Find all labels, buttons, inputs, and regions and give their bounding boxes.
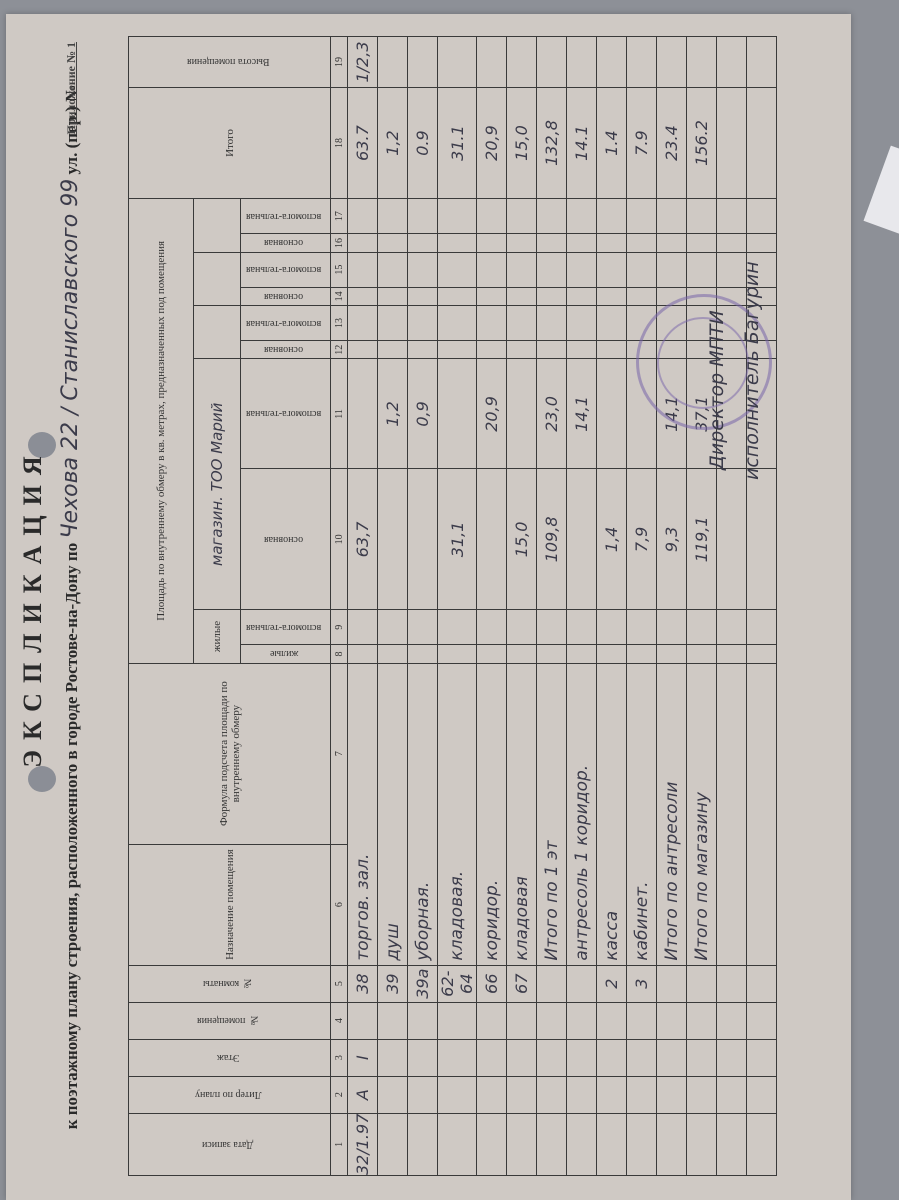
cell-empty (687, 199, 717, 234)
cell-empty (408, 287, 438, 305)
cell-date (717, 1113, 747, 1175)
cell-floor (597, 1039, 627, 1076)
cell-empty (378, 252, 408, 287)
cell-empty (537, 234, 567, 252)
cell-empty (378, 234, 408, 252)
cell-empty (567, 1002, 597, 1039)
cell-floor: I (348, 1039, 378, 1076)
header-aux: вспомога-тельная (241, 359, 331, 469)
cell-room: 2 (597, 965, 627, 1002)
table-row (747, 37, 777, 1176)
cell-height (657, 37, 687, 88)
cell-empty (477, 610, 507, 645)
cell-purpose: Итого по магазину (687, 663, 717, 965)
cell-height (567, 37, 597, 88)
cell-empty (567, 341, 597, 359)
table-row: 39ауборная.0,90.9 (408, 37, 438, 1176)
cell-main (717, 469, 747, 610)
cell-empty (438, 287, 477, 305)
signature-line-1: Директор МПТИ (706, 310, 728, 470)
cell-main: 7,9 (627, 469, 657, 610)
cell-empty (477, 1002, 507, 1039)
cell-empty (348, 305, 378, 340)
table-row: антресоль 1 коридор.14,114.1 (567, 37, 597, 1176)
cell-empty (537, 645, 567, 663)
cell-empty (408, 234, 438, 252)
cell-empty (477, 645, 507, 663)
cell-empty (627, 645, 657, 663)
cell-date: 32/1.97 (348, 1113, 378, 1175)
cell-height (627, 37, 657, 88)
cell-letter (507, 1076, 537, 1113)
cell-room: 38 (348, 965, 378, 1002)
cell-empty (408, 305, 438, 340)
cell-empty (597, 234, 627, 252)
cell-empty (438, 341, 477, 359)
cell-letter (438, 1076, 477, 1113)
cell-empty (717, 645, 747, 663)
cell-empty (597, 252, 627, 287)
cell-empty (597, 1002, 627, 1039)
cell-empty (408, 341, 438, 359)
cell-letter (378, 1076, 408, 1113)
cell-aux (348, 359, 378, 469)
cell-letter (597, 1076, 627, 1113)
subtitle-prefix: к поэтажному плану строения, расположенн… (62, 543, 81, 1130)
cell-empty (717, 1002, 747, 1039)
cell-purpose: антресоль 1 коридор. (567, 663, 597, 965)
cell-empty (507, 1002, 537, 1039)
signature-line-2: исполнитель Багурин (741, 261, 763, 480)
table-row: 62-64кладовая.31,131.1 (438, 37, 477, 1176)
cell-empty (537, 252, 567, 287)
cell-date (438, 1113, 477, 1175)
cell-empty (348, 252, 378, 287)
cell-empty (348, 287, 378, 305)
cell-empty (687, 252, 717, 287)
cell-floor (438, 1039, 477, 1076)
cell-height (438, 37, 477, 88)
cell-total: 132,8 (537, 88, 567, 199)
cell-empty (747, 1002, 777, 1039)
cell-date (657, 1113, 687, 1175)
cell-empty (507, 341, 537, 359)
cell-date (597, 1113, 627, 1175)
cell-aux (597, 359, 627, 469)
cell-empty (747, 234, 777, 252)
cell-letter (567, 1076, 597, 1113)
cell-main (408, 469, 438, 610)
cell-empty (408, 645, 438, 663)
cell-room: 39 (378, 965, 408, 1002)
cell-letter (408, 1076, 438, 1113)
cell-empty (717, 234, 747, 252)
cell-letter (477, 1076, 507, 1113)
cell-room: 67 (507, 965, 537, 1002)
header-premise-no: № помещения (129, 1002, 331, 1039)
cell-total: 1,2 (378, 88, 408, 199)
cell-empty (537, 1002, 567, 1039)
cell-empty (477, 252, 507, 287)
cell-room (567, 965, 597, 1002)
header-floor: Этаж (129, 1039, 331, 1076)
column-numbers-row: 12345678910111213141516171819 (331, 37, 348, 1176)
cell-empty (657, 199, 687, 234)
cell-empty (507, 305, 537, 340)
cell-floor (717, 1039, 747, 1076)
cell-total: 14.1 (567, 88, 597, 199)
cell-empty (567, 234, 597, 252)
cell-empty (378, 287, 408, 305)
cell-purpose: душ (378, 663, 408, 965)
cell-empty (747, 610, 777, 645)
cell-empty (747, 199, 777, 234)
cell-main (567, 469, 597, 610)
cell-room: 62-64 (438, 965, 477, 1002)
header-letter: Литер по плану (129, 1076, 331, 1113)
cell-date (747, 1113, 777, 1175)
cell-height (477, 37, 507, 88)
cell-letter (747, 1076, 777, 1113)
cell-empty (597, 287, 627, 305)
cell-empty (507, 252, 537, 287)
cell-empty (567, 252, 597, 287)
cell-empty (627, 234, 657, 252)
street-handwritten: Чехова 22 / Станиславского 99 (58, 179, 83, 539)
cell-empty (567, 610, 597, 645)
cell-room: 39а (408, 965, 438, 1002)
cell-letter (657, 1076, 687, 1113)
cell-empty (477, 305, 507, 340)
cell-empty (408, 610, 438, 645)
cell-height (408, 37, 438, 88)
cell-date (378, 1113, 408, 1175)
cell-empty (378, 1002, 408, 1039)
header-total: Итого (129, 88, 331, 199)
cell-empty (507, 234, 537, 252)
cell-date (627, 1113, 657, 1175)
cell-purpose: касса (597, 663, 627, 965)
cell-height: 1/2,3 (348, 37, 378, 88)
document-title: ЭКСПЛИКАЦИЯ (18, 14, 48, 1200)
cell-empty (408, 199, 438, 234)
cell-letter: А (348, 1076, 378, 1113)
cell-letter (627, 1076, 657, 1113)
header-date: Дата записи (129, 1113, 331, 1175)
cell-height (597, 37, 627, 88)
cell-purpose (747, 663, 777, 965)
document-subtitle: к поэтажному плану строения, расположенн… (58, 14, 83, 1200)
cell-purpose: Итого по антресоли (657, 663, 687, 965)
cell-purpose: коридор. (477, 663, 507, 965)
rotated-sheet: ЭКСПЛИКАЦИЯ к поэтажному плану строения,… (6, 14, 851, 1200)
cell-empty (687, 610, 717, 645)
cell-empty (507, 199, 537, 234)
header-area-group: Площадь по внутреннему обмеру в кв. метр… (129, 199, 194, 664)
cell-main: 31,1 (438, 469, 477, 610)
cell-empty (348, 341, 378, 359)
cell-empty (378, 199, 408, 234)
cell-main (747, 469, 777, 610)
cell-total: 31.1 (438, 88, 477, 199)
table-row: 67кладовая15,015,0 (507, 37, 537, 1176)
cell-empty (687, 645, 717, 663)
explication-table: Дата записи Литер по плану Этаж № помеще… (128, 36, 777, 1176)
cell-empty (657, 252, 687, 287)
cell-empty (477, 341, 507, 359)
table-row: 32/1.97АI38торгов. зал.63,763.71/2,3 (348, 37, 378, 1176)
cell-empty (348, 610, 378, 645)
cell-empty (537, 305, 567, 340)
cell-main: 119,1 (687, 469, 717, 610)
cell-height (687, 37, 717, 88)
cell-aux: 14,1 (567, 359, 597, 469)
cell-empty (567, 287, 597, 305)
cell-aux: 1,2 (378, 359, 408, 469)
table-row: Итого по 1 эт109,823,0132,8 (537, 37, 567, 1176)
cell-purpose: торгов. зал. (348, 663, 378, 965)
cell-empty (408, 252, 438, 287)
header-main: основная (241, 469, 331, 610)
cell-date (537, 1113, 567, 1175)
cell-letter (717, 1076, 747, 1113)
cell-aux: 20,9 (477, 359, 507, 469)
cell-floor (687, 1039, 717, 1076)
header-purpose-note: магазин. ТОО Марий (194, 359, 241, 610)
cell-empty (687, 234, 717, 252)
cell-total (747, 88, 777, 199)
table-row: 66коридор.20,920,9 (477, 37, 507, 1176)
table-row: 2касса1,41.4 (597, 37, 627, 1176)
cell-room (687, 965, 717, 1002)
cell-floor (408, 1039, 438, 1076)
cell-floor (537, 1039, 567, 1076)
cell-empty (378, 341, 408, 359)
cell-main: 15,0 (507, 469, 537, 610)
cell-room (717, 965, 747, 1002)
background-paper-scrap (864, 146, 899, 235)
cell-empty (507, 645, 537, 663)
table-row: 3кабинет.7,97.9 (627, 37, 657, 1176)
cell-empty (348, 645, 378, 663)
cell-empty (537, 287, 567, 305)
cell-total: 15,0 (507, 88, 537, 199)
cell-empty (348, 234, 378, 252)
cell-total: 7.9 (627, 88, 657, 199)
cell-empty (657, 645, 687, 663)
cell-room (657, 965, 687, 1002)
cell-total: 63.7 (348, 88, 378, 199)
cell-room (537, 965, 567, 1002)
cell-empty (438, 645, 477, 663)
cell-empty (687, 1002, 717, 1039)
cell-height (507, 37, 537, 88)
cell-letter (537, 1076, 567, 1113)
cell-empty (348, 1002, 378, 1039)
cell-floor (378, 1039, 408, 1076)
cell-empty (567, 645, 597, 663)
cell-aux (438, 359, 477, 469)
cell-empty (438, 252, 477, 287)
cell-main: 1,4 (597, 469, 627, 610)
cell-empty (477, 287, 507, 305)
header-living-aux: вспомога-тельная (241, 610, 331, 645)
cell-empty (378, 610, 408, 645)
cell-empty (378, 305, 408, 340)
header-room-no: № комнаты (129, 965, 331, 1002)
cell-date (507, 1113, 537, 1175)
cell-date (687, 1113, 717, 1175)
header-purpose: Назначение помещения (129, 844, 331, 965)
cell-floor (627, 1039, 657, 1076)
cell-empty (438, 305, 477, 340)
cell-height (747, 37, 777, 88)
cell-empty (597, 341, 627, 359)
cell-floor (567, 1039, 597, 1076)
cell-total (717, 88, 747, 199)
cell-empty (597, 610, 627, 645)
table-row: Итого по антресоли9,314,123.4 (657, 37, 687, 1176)
cell-empty (597, 199, 627, 234)
cell-main (477, 469, 507, 610)
cell-empty (657, 610, 687, 645)
cell-empty (438, 1002, 477, 1039)
cell-empty (567, 305, 597, 340)
cell-purpose: кабинет. (627, 663, 657, 965)
cell-aux: 23,0 (537, 359, 567, 469)
cell-floor (477, 1039, 507, 1076)
cell-date (408, 1113, 438, 1175)
cell-total: 23.4 (657, 88, 687, 199)
cell-empty (537, 341, 567, 359)
cell-empty (627, 1002, 657, 1039)
cell-empty (438, 199, 477, 234)
cell-empty (627, 610, 657, 645)
cell-floor (657, 1039, 687, 1076)
cell-letter (687, 1076, 717, 1113)
cell-floor (747, 1039, 777, 1076)
appendix-label: Приложение № 1 (64, 42, 79, 134)
cell-main: 63,7 (348, 469, 378, 610)
cell-purpose: кладовая. (438, 663, 477, 965)
cell-height (537, 37, 567, 88)
cell-empty (657, 1002, 687, 1039)
cell-total: 20,9 (477, 88, 507, 199)
cell-main (378, 469, 408, 610)
cell-empty (348, 199, 378, 234)
cell-purpose: кладовая (507, 663, 537, 965)
cell-height (717, 37, 747, 88)
cell-aux (507, 359, 537, 469)
cell-empty (567, 199, 597, 234)
cell-empty (717, 199, 747, 234)
table-row (717, 37, 747, 1176)
table-row: 39душ1,21,2 (378, 37, 408, 1176)
cell-main: 9,3 (657, 469, 687, 610)
cell-empty (627, 199, 657, 234)
cell-main: 109,8 (537, 469, 567, 610)
cell-room: 66 (477, 965, 507, 1002)
cell-empty (477, 234, 507, 252)
table-row: Итого по магазину119,137,1156.2 (687, 37, 717, 1176)
cell-empty (507, 610, 537, 645)
header-formula: Формула подсчета площади по внутреннему … (129, 663, 331, 844)
cell-room (747, 965, 777, 1002)
cell-date (477, 1113, 507, 1175)
cell-empty (717, 610, 747, 645)
cell-purpose: Итого по 1 эт (537, 663, 567, 965)
cell-empty (747, 645, 777, 663)
cell-purpose: уборная. (408, 663, 438, 965)
cell-total: 1.4 (597, 88, 627, 199)
cell-empty (657, 234, 687, 252)
cell-empty (627, 252, 657, 287)
cell-empty (537, 199, 567, 234)
cell-empty (477, 199, 507, 234)
cell-empty (597, 305, 627, 340)
cell-purpose (717, 663, 747, 965)
cell-date (567, 1113, 597, 1175)
cell-empty (408, 1002, 438, 1039)
cell-empty (438, 610, 477, 645)
cell-empty (537, 610, 567, 645)
cell-total: 0.9 (408, 88, 438, 199)
cell-empty (378, 645, 408, 663)
cell-room: 3 (627, 965, 657, 1002)
header-living: жилые (194, 610, 241, 663)
cell-empty (627, 287, 657, 305)
cell-empty (438, 234, 477, 252)
cell-aux: 0,9 (408, 359, 438, 469)
cell-total: 156.2 (687, 88, 717, 199)
cell-floor (507, 1039, 537, 1076)
cell-empty (507, 287, 537, 305)
header-living-main: жилые (241, 645, 331, 663)
cell-height (378, 37, 408, 88)
header-height: Высота помещения (129, 37, 331, 88)
cell-empty (597, 645, 627, 663)
